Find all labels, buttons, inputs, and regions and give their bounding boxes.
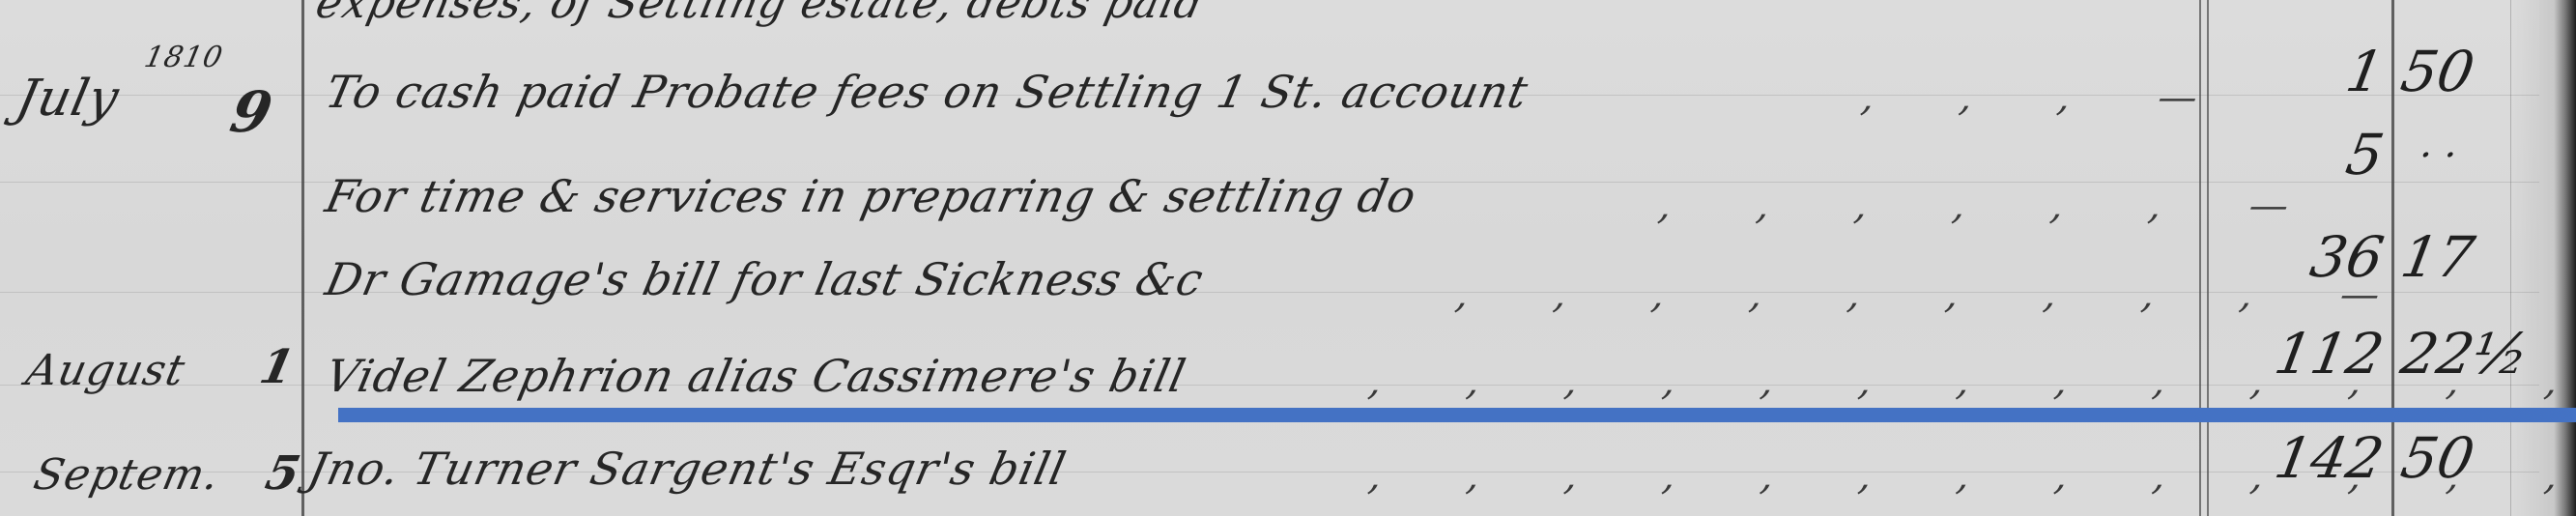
entry-description: Jno. Turner Sargent's Esqr's bill bbox=[303, 443, 1071, 495]
amount-cents: . . bbox=[2418, 122, 2561, 166]
date-month: July bbox=[12, 70, 125, 128]
entry-description: For time & services in preparing & settl… bbox=[321, 170, 1421, 222]
date-month: Septem. bbox=[30, 450, 225, 500]
amount-cents: 50 bbox=[2396, 425, 2543, 491]
amount-dollars: 5 bbox=[2213, 122, 2389, 187]
amount-cents: 22½ bbox=[2396, 321, 2543, 387]
amount-cents: 50 bbox=[2396, 39, 2543, 104]
entry-description: Dr Gamage's bill for last Sickness &c bbox=[321, 253, 1208, 305]
date-day: 9 bbox=[225, 79, 279, 145]
date-day: 5 bbox=[261, 446, 305, 501]
top-partial-line: expenses, of Settling estate, debts paid bbox=[312, 0, 1209, 28]
date-year: 1810 bbox=[141, 41, 226, 74]
dollar-cent-divider bbox=[2391, 0, 2394, 516]
amount-dollars: 1 bbox=[2213, 39, 2389, 104]
dot-leader: , , , — bbox=[1857, 75, 2243, 120]
entry-description: To cash paid Probate fees on Settling 1 … bbox=[321, 66, 1532, 118]
amount-dollars: 36 bbox=[2213, 224, 2389, 290]
date-column-rule bbox=[301, 0, 304, 516]
dot-leader: , , , , , , — bbox=[1654, 184, 2333, 228]
page-binding-edge bbox=[2539, 0, 2576, 516]
amount-cents: 17 bbox=[2396, 224, 2543, 290]
dot-leader: , , , , , , , , , , , , , , — bbox=[1364, 359, 2576, 404]
amount-dollars: 142 bbox=[2213, 425, 2389, 491]
dot-leader: , , , , , , , , , , , , , , — bbox=[1364, 454, 2576, 499]
entry-description: Videl Zephrion alias Cassimere's bill bbox=[321, 350, 1190, 402]
amount-dollars: 112 bbox=[2213, 321, 2389, 387]
ledger-page: expenses, of Settling estate, debts paid… bbox=[0, 0, 2576, 516]
date-day: 1 bbox=[255, 340, 300, 394]
highlight-line bbox=[338, 408, 2576, 422]
date-month: August bbox=[22, 346, 190, 395]
